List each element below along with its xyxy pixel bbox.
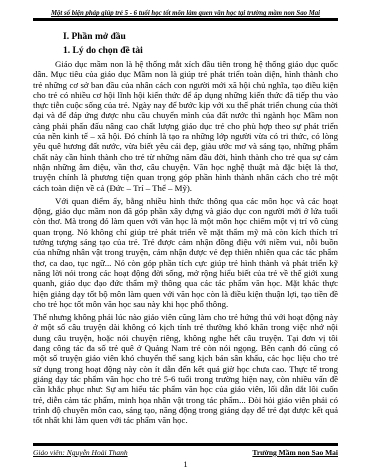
page-header: Một số biện pháp giúp trẻ 5 - 6 tuổi học… [33,10,338,21]
paragraph-2: Với quan điểm ấy, bằng nhiều hình thức t… [33,196,338,309]
footer-row: Giáo viên: Nguyễn Hoài Thanh Trường Mầm … [33,448,338,457]
header-title: Một số biện pháp giúp trẻ 5 - 6 tuổi học… [33,10,338,17]
document-content: I. Phần mở đầu 1. Lý do chọn đề tài Giáo… [33,28,338,425]
page-footer: Giáo viên: Nguyễn Hoài Thanh Trường Mầm … [33,443,338,469]
subsection-heading-reason: 1. Lý do chọn đề tài [63,46,338,56]
paragraph-1: Giáo dục mầm non là hệ thống mắt xích đầ… [33,59,338,193]
footer-school: Trường Mầm non Sao Mai [252,448,338,457]
footer-author: Giáo viên: Nguyễn Hoài Thanh [33,448,128,457]
section-heading-part1: I. Phần mở đầu [63,32,338,42]
page-number: 1 [33,459,338,469]
document-page: Một số biện pháp giúp trẻ 5 - 6 tuổi học… [0,0,366,473]
paragraph-3: Thế nhưng không phải lúc nào giáo viên c… [33,312,338,425]
